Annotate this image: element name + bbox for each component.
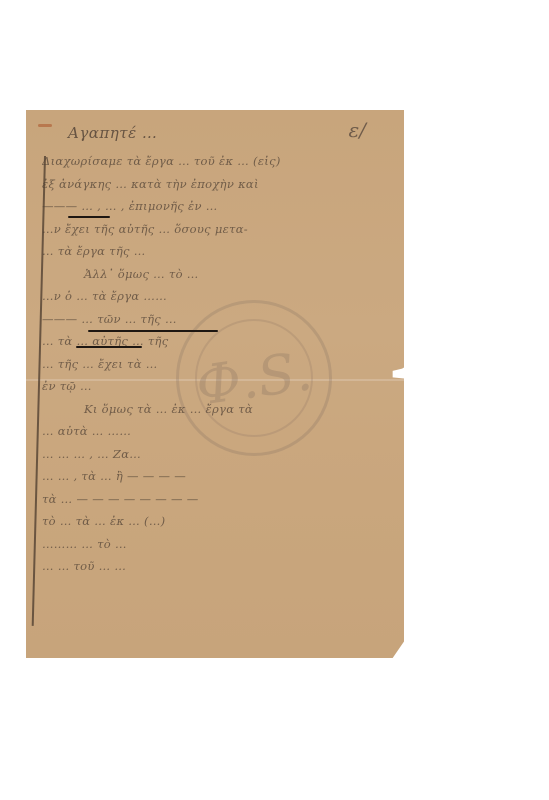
handwritten-line: … … , τὰ … ἢ — — — — [42, 469, 390, 492]
rust-pin-mark [38, 124, 52, 127]
ink-strike-3 [76, 346, 142, 348]
manuscript-page: Ф.Ѕ. ε/ Αγαπητέ … Διαχωρίσαμε τὰ ἔργα … … [26, 110, 404, 658]
handwritten-line: Κι ὅμως τὰ … ἐκ … ἔργα τὰ [42, 402, 390, 425]
handwritten-line: ἐξ ἀνάγκης … κατὰ τὴν ἐποχὴν καὶ [42, 177, 390, 200]
handwritten-line: ἐν τῷ … [42, 379, 390, 402]
handwritten-line: Διαχωρίσαμε τὰ ἔργα … τοῦ ἐκ … (εἰς) [42, 154, 390, 177]
letter-salutation: Αγαπητέ … [68, 124, 157, 142]
handwritten-line: ……… … τὸ … [42, 537, 390, 560]
handwritten-line: … τὰ ἔργα τῆς … [42, 244, 390, 267]
handwritten-line: … … … , … Ζα… [42, 447, 390, 470]
ink-strike-1 [68, 216, 110, 218]
handwritten-line: τὸ … τὰ … ἐκ … (…) [42, 514, 390, 537]
handwritten-line: … αὐτὰ … …… [42, 424, 390, 447]
handwritten-text-body: Διαχωρίσαμε τὰ ἔργα … τοῦ ἐκ … (εἰς)ἐξ ἀ… [42, 154, 390, 582]
handwritten-line: τὰ … — — — — — — — — [42, 492, 390, 515]
ink-strike-2 [88, 330, 218, 332]
handwritten-line: …ν ἔχει τῆς αὐτῆς … ὅσους μετα- [42, 222, 390, 245]
handwritten-line: Ἀλλ᾽ ὅμως … τὸ … [42, 267, 390, 290]
handwritten-line: … τῆς … ἔχει τὰ … [42, 357, 390, 380]
folio-number: ε/ [349, 118, 366, 142]
handwritten-line: ——— … , … , ἐπιμονῆς ἐν … [42, 199, 390, 222]
handwritten-line: … … τοῦ … … [42, 559, 390, 582]
handwritten-line: …ν ὁ … τὰ ἔργα …… [42, 289, 390, 312]
